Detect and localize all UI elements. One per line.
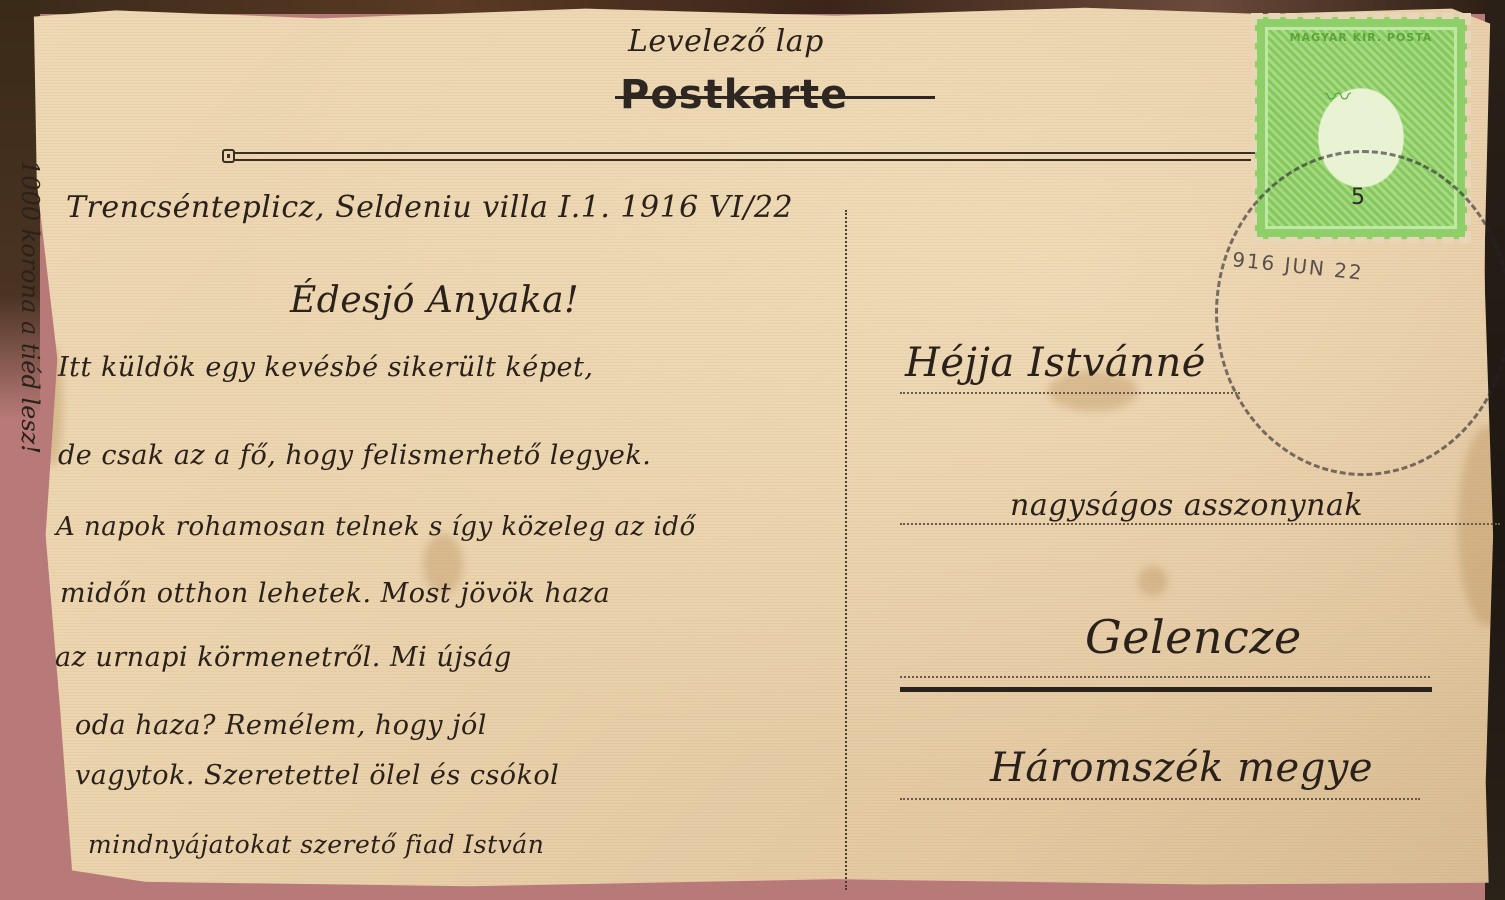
message-line: az urnapi körmenetről. Mi újság (55, 642, 512, 673)
address-line (900, 523, 1500, 525)
turul-bird-icon: 〰 (1325, 77, 1351, 114)
message-line: oda haza? Remélem, hogy jól (75, 710, 487, 741)
recipient-title: nagyságos asszonynak (1010, 488, 1363, 523)
recipient-town: Gelencze (1085, 610, 1302, 664)
message-line: Itt küldök egy kevésbé sikerült képet, (58, 352, 593, 383)
address-underline-thick (900, 687, 1432, 692)
message-line: vagytok. Szeretettel ölel és csókol (75, 760, 559, 791)
background-top (0, 0, 1505, 14)
message-line: A napok rohamosan telnek s így közeleg a… (56, 512, 696, 542)
message-signature-line: mindnyájatokat szerető fiad István (88, 830, 544, 859)
horizontal-divider (235, 152, 1255, 161)
dateline: Trencsénteplicz, Seldeniu villa I.1. 191… (66, 190, 793, 225)
stamp-header: MAGYAR KIR. POSTA (1269, 31, 1453, 44)
stain (1138, 566, 1168, 596)
strikethrough-line (615, 96, 935, 99)
side-note: 1000 korona a tiéd lesz! (16, 160, 44, 454)
vertical-divider (845, 210, 847, 890)
address-line (900, 392, 1240, 394)
header-handwritten: Levelező lap (628, 24, 824, 59)
recipient-county: Háromszék megye (990, 745, 1373, 791)
salutation: Édesjó Anyaka! (290, 280, 579, 321)
message-line: de csak az a fő, hogy felismerhető legye… (58, 440, 651, 471)
postmark-circle (1215, 150, 1505, 476)
address-line (900, 798, 1420, 800)
message-line: midőn otthon lehetek. Most jövök haza (60, 578, 610, 609)
header-printed-postkarte: Postkarte (620, 72, 848, 118)
address-line (900, 676, 1430, 678)
recipient-name: Héjja Istvánné (905, 340, 1206, 386)
divider-ornament-icon (222, 149, 235, 163)
